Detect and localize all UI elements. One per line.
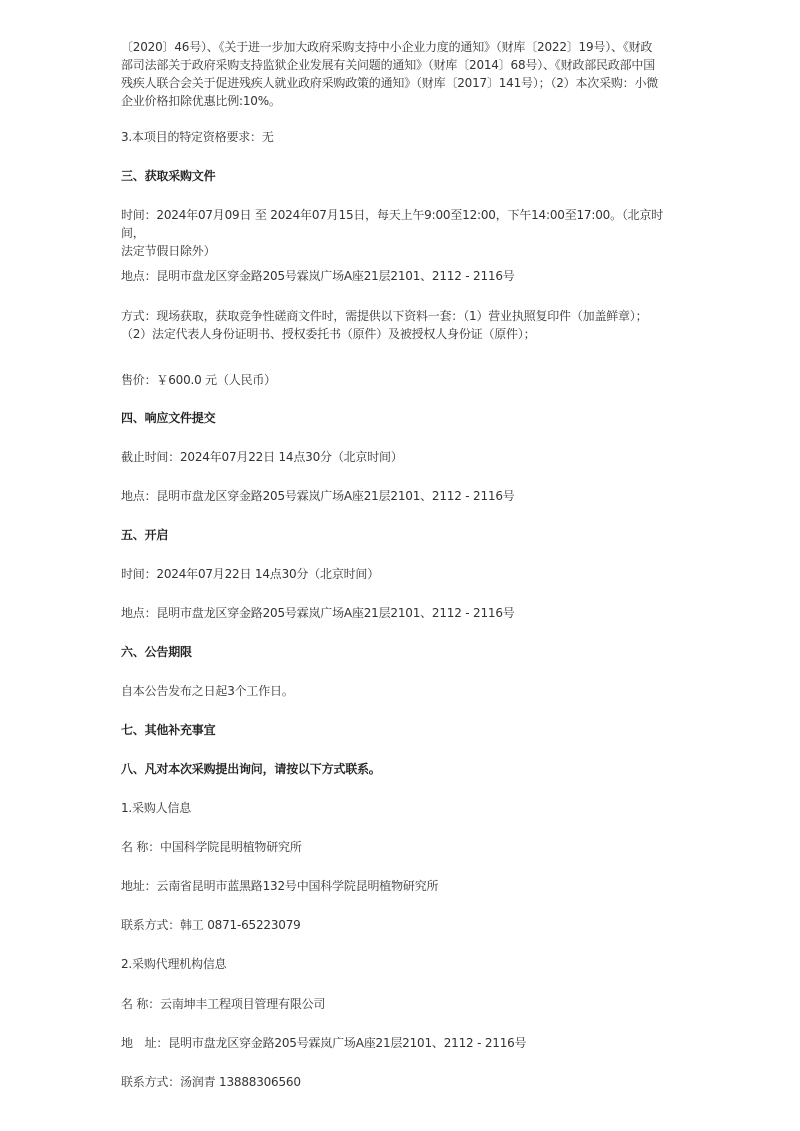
section-heading-submission: 四、响应文件提交	[121, 409, 681, 427]
purchaser-name: 名 称：中国科学院昆明植物研究所	[121, 838, 681, 856]
purchaser-address: 地址：云南省昆明市蓝黑路132号中国科学院昆明植物研究所	[121, 877, 681, 895]
intro-line: 残疾人联合会关于促进残疾人就业政府采购政策的通知》（财库〔2017〕141号）；…	[121, 74, 681, 92]
obtain-method-line: 方式：现场获取，获取竞争性磋商文件时，需提供以下资料一套：（1）营业执照复印件（…	[121, 307, 681, 325]
intro-line: 部司法部关于政府采购支持监狱企业发展有关问题的通知》（财库〔2014〕68号）、…	[121, 56, 681, 74]
intro-paragraph: 〔2020〕46号）、《关于进一步加大政府采购支持中小企业力度的通知》（财库〔2…	[121, 38, 681, 110]
document-price: 售价：￥600.0 元（人民币）	[121, 371, 681, 389]
special-requirements: 3.本项目的特定资格要求：无	[121, 128, 681, 146]
section-heading-contact: 八、凡对本次采购提出询问，请按以下方式联系。	[121, 760, 681, 778]
agency-info-title: 2.采购代理机构信息	[121, 955, 681, 973]
section-heading-notice-period: 六、公告期限	[121, 643, 681, 661]
purchaser-info-title: 1.采购人信息	[121, 799, 681, 817]
obtain-time-line: 时间：2024年07月09日 至 2024年07月15日，每天上午9:00至12…	[121, 206, 681, 242]
submission-location: 地点：昆明市盘龙区穿金路205号霖岚广场A座21层2101、2112 - 211…	[121, 487, 681, 505]
submission-deadline: 截止时间：2024年07月22日 14点30分（北京时间）	[121, 448, 681, 466]
notice-period-text: 自本公告发布之日起3个工作日。	[121, 682, 681, 700]
intro-line: 〔2020〕46号）、《关于进一步加大政府采购支持中小企业力度的通知》（财库〔2…	[121, 38, 681, 56]
agency-name: 名 称：云南坤丰工程项目管理有限公司	[121, 995, 681, 1013]
intro-line: 企业价格扣除优惠比例:10%。	[121, 92, 681, 110]
obtain-location: 地点：昆明市盘龙区穿金路205号霖岚广场A座21层2101、2112 - 211…	[121, 267, 681, 285]
purchaser-contact: 联系方式：韩工 0871-65223079	[121, 916, 681, 934]
opening-location: 地点：昆明市盘龙区穿金路205号霖岚广场A座21层2101、2112 - 211…	[121, 604, 681, 622]
section-heading-opening: 五、开启	[121, 526, 681, 544]
section-heading-obtain-documents: 三、获取采购文件	[121, 167, 681, 185]
agency-contact: 联系方式：汤润青 13888306560	[121, 1073, 681, 1091]
section-heading-other-matters: 七、其他补充事宜	[121, 721, 681, 739]
opening-time: 时间：2024年07月22日 14点30分（北京时间）	[121, 565, 681, 583]
obtain-method-line: （2）法定代表人身份证明书、授权委托书（原件）及被授权人身份证（原件）；	[121, 325, 681, 343]
agency-address: 地 址：昆明市盘龙区穿金路205号霖岚广场A座21层2101、2112 - 21…	[121, 1034, 681, 1052]
obtain-time-line: 法定节假日除外）	[121, 242, 681, 260]
obtain-method: 方式：现场获取，获取竞争性磋商文件时，需提供以下资料一套：（1）营业执照复印件（…	[121, 307, 681, 343]
obtain-time: 时间：2024年07月09日 至 2024年07月15日，每天上午9:00至12…	[121, 206, 681, 260]
